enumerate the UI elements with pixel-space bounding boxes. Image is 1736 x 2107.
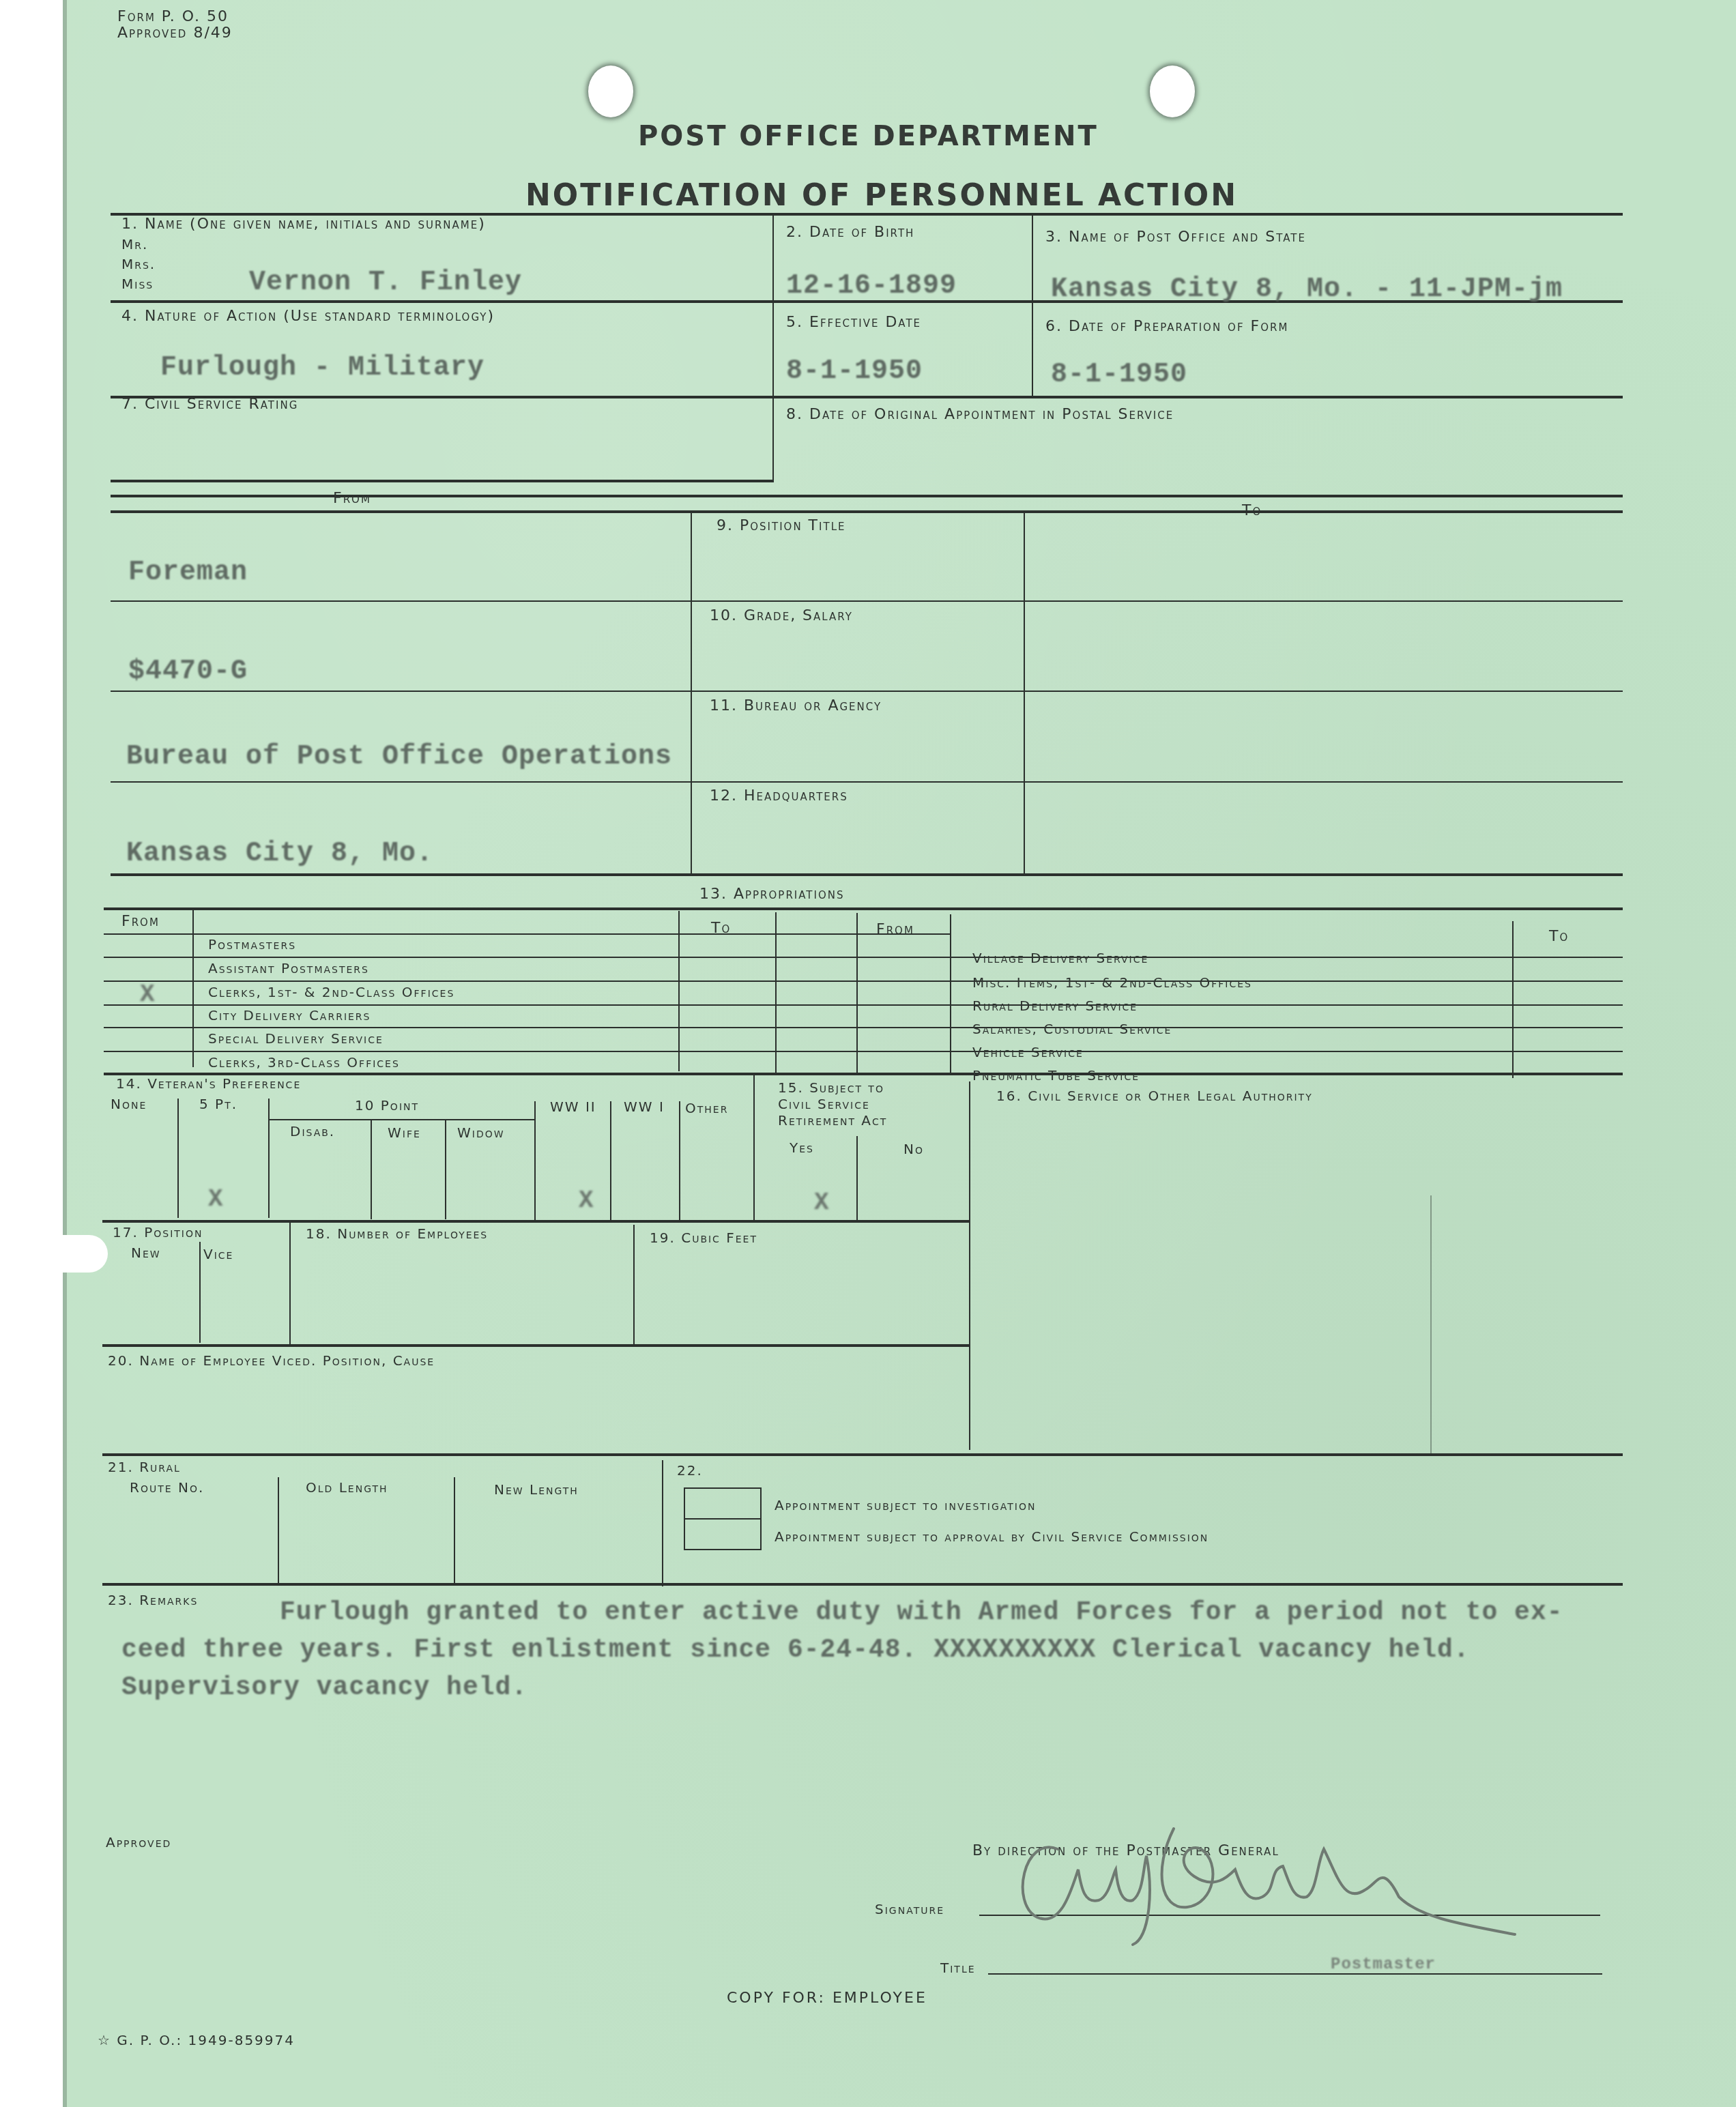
- col-divider: [775, 912, 777, 1073]
- appropriations-from-left: From: [121, 914, 160, 929]
- col-divider: [268, 1099, 270, 1218]
- checkbox-investigation[interactable]: [684, 1487, 762, 1520]
- rural-label: 21. Rural: [108, 1460, 181, 1474]
- retirement-label-2: Civil Service: [778, 1097, 870, 1111]
- rule: [104, 957, 1623, 958]
- grade-salary-label: 10. Grade, Salary: [710, 609, 853, 624]
- salutation-miss: Miss: [121, 277, 154, 291]
- appropriations-label: 13. Appropriations: [699, 887, 844, 902]
- retirement-yes-mark: X: [814, 1191, 829, 1215]
- col-divider: [1512, 921, 1514, 1078]
- rule: [104, 1027, 1623, 1028]
- appropriation-item: Village Delivery Service: [972, 951, 1148, 965]
- paper-edge: [63, 0, 67, 2107]
- col-divider: [969, 1081, 970, 1450]
- signature-handwriting: [996, 1788, 1651, 1951]
- position-label: 17. Position: [113, 1225, 203, 1239]
- col-divider: [289, 1223, 291, 1344]
- rule: [104, 1004, 1623, 1006]
- col-divider: [177, 1099, 179, 1218]
- remarks-line: Furlough granted to enter active duty wi…: [280, 1600, 1563, 1626]
- col-divider: [753, 1075, 755, 1221]
- title-line: [988, 1973, 1602, 1975]
- rule: [104, 1073, 1623, 1075]
- faint-divider: [1430, 1195, 1432, 1455]
- department-title: POST OFFICE DEPARTMENT: [638, 123, 1099, 150]
- option-investigation: Appointment subject to investigation: [775, 1498, 1036, 1512]
- retirement-label-1: 15. Subject to: [778, 1081, 884, 1094]
- col-divider: [678, 911, 680, 1071]
- dob-label: 2. Date of Birth: [786, 225, 914, 240]
- checkbox-civil-service-approval[interactable]: [684, 1518, 762, 1550]
- name-label: 1. Name (One given name, initials and su…: [121, 217, 486, 232]
- appropriation-item: Clerks, 3rd-Class Offices: [208, 1056, 400, 1069]
- rule: [102, 1344, 970, 1347]
- remarks-label: 23. Remarks: [108, 1593, 198, 1607]
- headquarters-label: 12. Headquarters: [710, 789, 848, 804]
- rule: [111, 691, 1623, 692]
- col-divider: [633, 1225, 635, 1346]
- position-title-from: Foreman: [128, 560, 248, 587]
- appropriations-from-right: From: [876, 922, 914, 938]
- name-value: Vernon T. Finley: [249, 270, 522, 297]
- remarks-line: Supervisory vacancy held.: [121, 1675, 527, 1701]
- form-number: Form P. O. 50: [117, 10, 229, 25]
- col-divider: [199, 1242, 201, 1343]
- remarks-line: ceed three years. First enlistment since…: [121, 1638, 1470, 1663]
- position-new: New: [131, 1246, 161, 1260]
- employee-viced-label: 20. Name of Employee Viced. Position, Ca…: [108, 1354, 435, 1367]
- rule: [111, 873, 1623, 876]
- bureau-agency-label: 11. Bureau or Agency: [710, 699, 882, 714]
- col-divider: [454, 1477, 455, 1585]
- punch-hole-left: [588, 66, 633, 117]
- vp-5pt: 5 Pt.: [199, 1097, 237, 1111]
- appropriation-item: Postmasters: [208, 938, 296, 951]
- col-divider: [1032, 216, 1033, 396]
- appropriation-item: City Delivery Carriers: [208, 1008, 371, 1022]
- rule: [111, 600, 1623, 602]
- form-title: NOTIFICATION OF PERSONNEL ACTION: [525, 181, 1238, 211]
- rule: [104, 980, 1623, 982]
- veterans-preference-label: 14. Veteran's Preference: [116, 1077, 301, 1090]
- cubic-feet-label: 19. Cubic Feet: [650, 1231, 757, 1245]
- number-of-employees-label: 18. Number of Employees: [306, 1227, 488, 1240]
- title-value: Postmaster: [1331, 1957, 1436, 1973]
- rule: [102, 1453, 1623, 1456]
- rule: [111, 480, 774, 482]
- appropriation-item: Rural Delivery Service: [972, 999, 1138, 1013]
- col-divider: [278, 1477, 279, 1583]
- appropriation-item: Special Delivery Service: [208, 1032, 384, 1045]
- rule: [111, 781, 1623, 783]
- from-header: From: [333, 491, 371, 506]
- approved-label: Approved: [106, 1835, 171, 1849]
- headquarters-from: Kansas City 8, Mo.: [126, 841, 433, 868]
- effective-date-value: 8-1-1950: [786, 358, 923, 386]
- civil-service-rating-label: 7. Civil Service Rating: [121, 397, 298, 412]
- vp-10point: 10 Point: [355, 1099, 419, 1112]
- rule: [104, 907, 1623, 910]
- appropriation-item: Salaries, Custodial Service: [972, 1022, 1172, 1036]
- effective-date-label: 5. Effective Date: [786, 315, 921, 330]
- col-divider: [691, 513, 692, 873]
- col-divider: [856, 1136, 858, 1221]
- col-divider: [662, 1460, 663, 1586]
- col-divider: [192, 909, 194, 1067]
- grade-salary-from: $4470-G: [128, 658, 248, 686]
- signature-label: Signature: [875, 1902, 944, 1916]
- rule: [111, 510, 1623, 513]
- rule: [102, 1220, 970, 1223]
- col-divider: [371, 1120, 372, 1219]
- dob-value: 12-16-1899: [786, 273, 957, 300]
- retirement-label-3: Retirement Act: [778, 1114, 887, 1127]
- salutation-mr: Mr.: [121, 237, 148, 251]
- position-vice: Vice: [203, 1247, 233, 1261]
- paper-tear-notch: [60, 1235, 108, 1273]
- legal-authority-label: 16. Civil Service or Other Legal Authori…: [996, 1089, 1313, 1103]
- vp-ww2-mark: X: [579, 1189, 594, 1213]
- option-civil-service-approval: Appointment subject to approval by Civil…: [775, 1530, 1209, 1543]
- retirement-yes: Yes: [790, 1141, 814, 1154]
- vp-disab: Disab.: [290, 1124, 335, 1138]
- rural-new-length: New Length: [494, 1483, 579, 1496]
- nature-of-action-label: 4. Nature of Action (Use standard termin…: [121, 309, 495, 324]
- rule: [104, 1051, 1623, 1052]
- vp-wife: Wife: [388, 1126, 421, 1139]
- post-office-value: Kansas City 8, Mo. - 11-JPM-jm: [1051, 276, 1563, 304]
- form-approved-date: Approved 8/49: [117, 26, 233, 41]
- vp-ww2: WW II: [550, 1100, 596, 1114]
- preparation-date-value: 8-1-1950: [1051, 362, 1187, 389]
- rule: [111, 396, 1623, 398]
- appropriation-item: Clerks, 1st- & 2nd-Class Offices: [208, 985, 454, 999]
- rule: [104, 933, 950, 935]
- nature-of-action-value: Furlough - Military: [160, 355, 484, 382]
- appropriation-item: Assistant Postmasters: [208, 961, 369, 975]
- item22-label: 22.: [677, 1464, 703, 1477]
- punch-hole-right: [1150, 66, 1195, 117]
- col-divider: [856, 913, 858, 1073]
- vp-none: None: [111, 1097, 147, 1111]
- col-divider: [445, 1120, 446, 1219]
- rural-route-no: Route No.: [130, 1481, 204, 1494]
- preparation-date-label: 6. Date of Preparation of Form: [1045, 319, 1288, 334]
- rule: [268, 1119, 534, 1120]
- appropriation-from-mark: X: [140, 983, 155, 1007]
- appropriation-item: Vehicle Service: [972, 1045, 1084, 1059]
- rural-old-length: Old Length: [306, 1481, 388, 1494]
- original-appointment-label: 8. Date of Original Appointment in Posta…: [786, 407, 1174, 422]
- vp-other: Other: [685, 1101, 728, 1115]
- col-divider: [534, 1101, 536, 1221]
- appropriations-to-right: To: [1549, 929, 1569, 944]
- vp-ww1: WW I: [624, 1100, 665, 1114]
- appropriation-item: Pneumatic Tube Service: [972, 1069, 1140, 1082]
- title-label: Title: [940, 1961, 976, 1975]
- bureau-agency-from: Bureau of Post Office Operations: [126, 744, 672, 771]
- salutation-mrs: Mrs.: [121, 257, 156, 271]
- col-divider: [1024, 513, 1025, 873]
- col-divider: [679, 1101, 680, 1221]
- gpo-imprint: ☆ G. P. O.: 1949-859974: [98, 2033, 295, 2047]
- copy-for-text: COPY FOR: EMPLOYEE: [727, 1991, 927, 2006]
- vp-5pt-mark: X: [208, 1187, 223, 1212]
- vp-widow: Widow: [457, 1126, 505, 1139]
- appropriation-item: Misc. Items, 1st- & 2nd-Class Offices: [972, 976, 1252, 989]
- col-divider: [772, 216, 774, 480]
- post-office-label: 3. Name of Post Office and State: [1045, 230, 1306, 245]
- col-divider: [610, 1101, 611, 1221]
- position-title-label: 9. Position Title: [717, 519, 845, 534]
- retirement-no: No: [903, 1142, 924, 1156]
- rule: [102, 1583, 1623, 1586]
